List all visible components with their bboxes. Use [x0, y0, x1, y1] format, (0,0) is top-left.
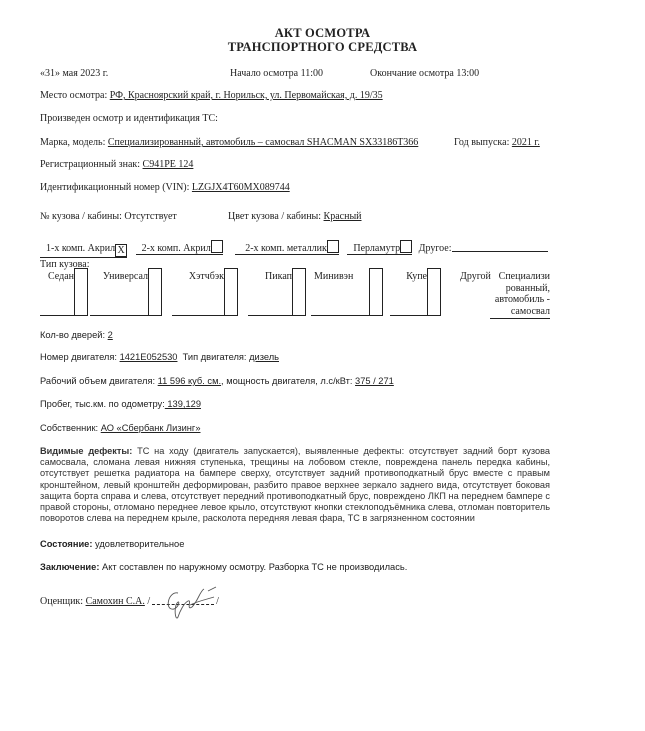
engine-info: Номер двигателя: 1421E052530 Тип двигате… — [40, 352, 279, 362]
inspection-start: Начало осмотра 11:00 — [230, 68, 323, 79]
mileage-value: 139,129 — [165, 399, 201, 409]
body-color: Цвет кузова / кабины: Красный — [228, 211, 362, 222]
defects-text: ТС на ходу (двигатель запускается), выяв… — [40, 446, 550, 523]
paint-other-field[interactable] — [452, 241, 548, 252]
inspection-date: «31» мая 2023 г. — [40, 68, 108, 79]
reg-sign-value: С941РЕ 124 — [143, 159, 194, 170]
body-type-option-label: Купе — [406, 271, 427, 282]
power-label: , мощность двигателя, л.с/кВт: — [221, 376, 355, 386]
body-number-value: Отсутствует — [124, 211, 176, 222]
registration-sign: Регистрационный знак: С941РЕ 124 — [40, 159, 193, 170]
defects-label: Видимые дефекты: — [40, 446, 132, 456]
condition: Состояние: удовлетворительное — [40, 539, 184, 549]
year-value: 2021 г. — [512, 137, 540, 148]
body-type-checkbox[interactable] — [148, 268, 162, 315]
engine-type-label: Тип двигателя: — [183, 352, 249, 362]
body-type-coupe[interactable]: Купе — [390, 268, 441, 316]
body-number-label: № кузова / кабины: — [40, 211, 124, 222]
mileage-label: Пробег, тыс.км. по одометру: — [40, 399, 165, 409]
paint-option-checkbox[interactable] — [211, 240, 223, 253]
body-color-value: Красный — [324, 211, 362, 222]
engine-specs: Рабочий объем двигателя: 11 596 куб. см.… — [40, 376, 394, 386]
body-type-minivan[interactable]: Минивэн — [311, 268, 383, 316]
paint-option-checkbox[interactable] — [400, 240, 412, 253]
reg-sign-label: Регистрационный знак: — [40, 159, 143, 170]
conclusion-value: Акт составлен по наружному осмотру. Разб… — [99, 562, 407, 572]
body-type-option-label: Седан — [48, 271, 74, 282]
body-type-option-label: Минивэн — [314, 271, 353, 282]
body-type-option-label: Пикап — [265, 271, 292, 282]
engine-type-value: дизель — [249, 352, 279, 362]
vin: Идентификационный номер (VIN): LZGJX4T60… — [40, 182, 290, 193]
displacement-value: 11 596 куб. см. — [158, 376, 221, 386]
inspection-place: Место осмотра: РФ, Красноярский край, г.… — [40, 90, 383, 101]
appraiser-label: Оценщик: — [40, 596, 86, 607]
identification-heading: Произведен осмотр и идентификация ТС: — [40, 113, 218, 124]
appraiser-name: Самохин С.А. — [86, 596, 145, 607]
paint-option-3: 2-х комп. металлик — [235, 240, 339, 255]
vin-value: LZGJX4T60MX089744 — [192, 182, 290, 193]
paint-option-label: 1-х комп. Акрил — [46, 243, 115, 254]
conclusion-label: Заключение: — [40, 562, 99, 572]
paint-other-label: Другое: — [419, 243, 452, 254]
paint-option-1: 1-х комп. АкрилX — [40, 243, 127, 258]
signature-icon — [150, 583, 230, 623]
body-type-other-line: самосвал — [490, 306, 550, 318]
engine-number-value: 1421E052530 — [120, 352, 178, 362]
manufacture-year: Год выпуска: 2021 г. — [454, 137, 540, 148]
body-type-other-line: автомобиль - — [490, 294, 550, 306]
document-title-line2: ТРАНСПОРТНОГО СРЕДСТВА — [0, 40, 645, 55]
place-label: Место осмотра: — [40, 90, 110, 101]
inspection-end: Окончание осмотра 13:00 — [370, 68, 479, 79]
body-type-pickup[interactable]: Пикап — [248, 268, 306, 316]
paint-option-label: Перламутр — [353, 243, 400, 254]
body-type-other-label: Другой — [460, 271, 491, 282]
body-type-other-line: рованный, — [490, 283, 550, 295]
visible-defects: Видимые дефекты: ТС на ходу (двигатель з… — [40, 446, 550, 524]
body-number: № кузова / кабины: Отсутствует — [40, 211, 177, 222]
paint-option-label: 2-х комп. металлик — [245, 243, 327, 254]
paint-options-row: 1-х комп. АкрилX 2-х комп. Акрил 2-х ком… — [40, 240, 548, 258]
make-model-value: Специализированный, автомобиль – самосва… — [108, 137, 418, 148]
paint-option-checkbox[interactable]: X — [115, 244, 127, 257]
place-value: РФ, Красноярский край, г. Норильск, ул. … — [110, 90, 383, 101]
make-model: Марка, модель: Специализированный, автом… — [40, 137, 418, 148]
body-type-sedan[interactable]: Седан — [40, 268, 88, 316]
owner: Собственник: АО «Сбербанк Лизинг» — [40, 423, 201, 433]
owner-value: АО «Сбербанк Лизинг» — [101, 423, 201, 433]
doors-value: 2 — [108, 330, 113, 340]
body-type-option-label: Универсал — [103, 271, 148, 282]
displacement-label: Рабочий объем двигателя: — [40, 376, 158, 386]
body-type-other-line: Специализи — [490, 271, 550, 283]
mileage: Пробег, тыс.км. по одометру: 139,129 — [40, 399, 201, 409]
body-type-checkbox[interactable] — [224, 268, 238, 315]
doors-label: Кол-во дверей: — [40, 330, 108, 340]
paint-option-4: Перламутр — [347, 240, 412, 255]
year-label: Год выпуска: — [454, 137, 512, 148]
engine-number-label: Номер двигателя: — [40, 352, 120, 362]
body-type-option-label: Хэтчбэк — [189, 271, 224, 282]
document-title-line1: АКТ ОСМОТРА — [0, 26, 645, 41]
condition-label: Состояние: — [40, 539, 92, 549]
body-color-label: Цвет кузова / кабины: — [228, 211, 324, 222]
body-type-checkbox[interactable] — [292, 268, 306, 315]
make-model-label: Марка, модель: — [40, 137, 108, 148]
owner-label: Собственник: — [40, 423, 101, 433]
doors: Кол-во дверей: 2 — [40, 330, 113, 340]
body-type-checkbox[interactable] — [74, 268, 88, 315]
paint-option-2: 2-х комп. Акрил — [136, 240, 223, 255]
body-type-wagon[interactable]: Универсал — [90, 268, 162, 316]
paint-option-label: 2-х комп. Акрил — [142, 243, 211, 254]
vin-label: Идентификационный номер (VIN): — [40, 182, 192, 193]
body-type-other-value: Специализи рованный, автомобиль - самосв… — [490, 271, 550, 319]
conclusion: Заключение: Акт составлен по наружному о… — [40, 562, 407, 572]
condition-value: удовлетворительное — [92, 539, 184, 549]
body-type-hatchback[interactable]: Хэтчбэк — [172, 268, 238, 316]
power-value: 375 / 271 — [355, 376, 394, 386]
body-type-checkbox[interactable] — [427, 268, 441, 315]
paint-option-checkbox[interactable] — [327, 240, 339, 253]
body-type-checkbox[interactable] — [369, 268, 383, 315]
